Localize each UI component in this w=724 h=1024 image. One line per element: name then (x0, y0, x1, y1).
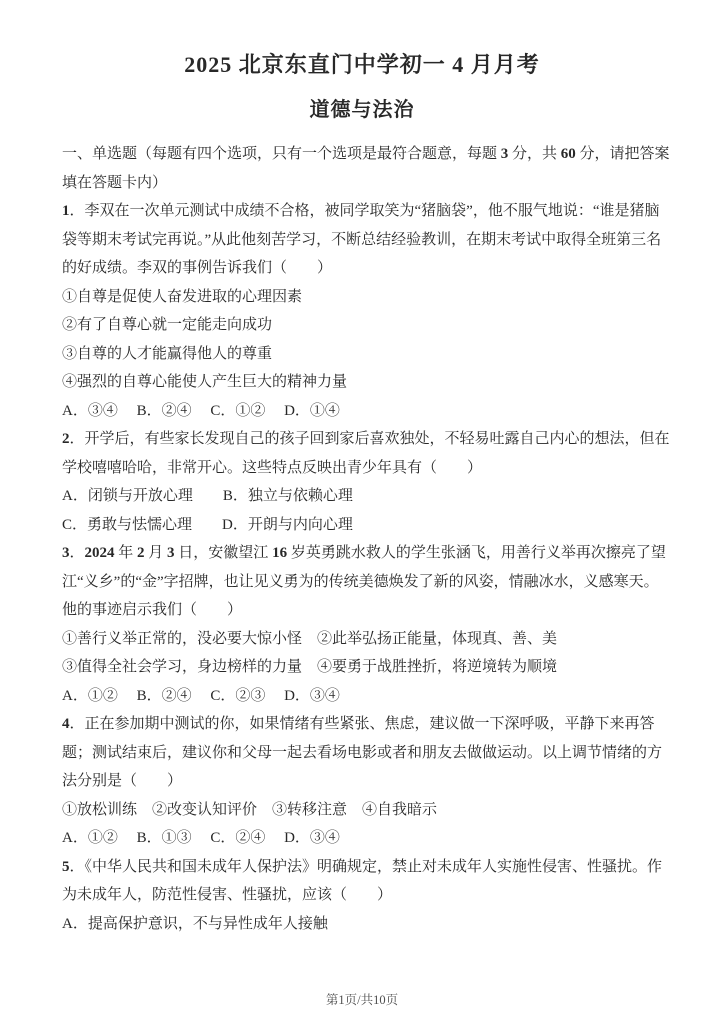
question-3-line-6: A．①② B．②④ C．②③ D．③④ (62, 682, 662, 711)
question-3-line-1: 3．2024 年 2 月 3 日，安徽望江 16 岁英勇跳水救人的学生张涵飞，用… (62, 539, 662, 568)
question-1-line-5: ②有了自尊心就一定能走向成功 (62, 311, 662, 340)
question-4-line-5: A．①② B．①③ C．②④ D．③④ (62, 824, 662, 853)
question-2-line-2: 学校嘻嘻哈哈，非常开心。这些特点反映出青少年具有（ ） (62, 454, 662, 483)
question-4-line-3: 法分别是（ ） (62, 767, 662, 796)
question-5-line-3: A．提高保护意识，不与异性成年人接触 (62, 910, 662, 939)
question-1-line-4: ①自尊是促使人奋发进取的心理因素 (62, 283, 662, 312)
page-number-indicator: 第1页/共10页 (0, 990, 724, 1008)
question-2-line-3: A．闭锁与开放心理 B．独立与依赖心理 (62, 482, 662, 511)
question-1-line-1: 1．李双在一次单元测试中成绩不合格，被同学取笑为“猪脑袋”，他不服气地说：“谁是… (62, 197, 662, 226)
exam-title: 2025 北京东直门中学初一 4 月月考 (62, 0, 662, 80)
exam-body: 一、单选题（每题有四个选项，只有一个选项是最符合题意，每题 3 分，共 60 分… (62, 140, 662, 938)
question-4-line-2: 题；测试结束后，建议你和父母一起去看场电影或者和朋友去做做运动。以上调节情绪的方 (62, 739, 662, 768)
question-1-line-8: A．③④ B．②④ C．①② D．①④ (62, 397, 662, 426)
question-2-line-1: 2．开学后，有些家长发现自己的孩子回到家后喜欢独处，不轻易吐露自己内心的想法，但… (62, 425, 662, 454)
question-3-line-2: 江“义乡”的“金”字招牌，也让见义勇为的传统美德焕发了新的风姿，情融冰水，义感寒… (62, 568, 662, 597)
question-3: 3．2024 年 2 月 3 日，安徽望江 16 岁英勇跳水救人的学生张涵飞，用… (62, 539, 662, 710)
question-1-line-7: ④强烈的自尊心能使人产生巨大的精神力量 (62, 368, 662, 397)
question-4: 4．正在参加期中测试的你，如果情绪有些紧张、焦虑，建议做一下深呼吸，平静下来再答… (62, 710, 662, 853)
question-1: 1．李双在一次单元测试中成绩不合格，被同学取笑为“猪脑袋”，他不服气地说：“谁是… (62, 197, 662, 425)
instructions-line-1: 一、单选题（每题有四个选项，只有一个选项是最符合题意，每题 3 分，共 60 分… (62, 140, 662, 169)
question-1-line-6: ③自尊的人才能赢得他人的尊重 (62, 340, 662, 369)
section-instructions: 一、单选题（每题有四个选项，只有一个选项是最符合题意，每题 3 分，共 60 分… (62, 140, 662, 197)
question-2: 2．开学后，有些家长发现自己的孩子回到家后喜欢独处，不轻易吐露自己内心的想法，但… (62, 425, 662, 539)
question-1-line-2: 袋等期末考试完再说。”从此他刻苦学习，不断总结经验教训，在期末考试中取得全班第三… (62, 226, 662, 255)
instructions-line-2: 填在答题卡内） (62, 169, 662, 198)
question-4-line-4: ①放松训练 ②改变认知评价 ③转移注意 ④自我暗示 (62, 796, 662, 825)
exam-document-page: 2025 北京东直门中学初一 4 月月考 道德与法治 一、单选题（每题有四个选项… (0, 0, 724, 1024)
question-2-line-4: C．勇敢与怯懦心理 D．开朗与内向心理 (62, 511, 662, 540)
question-3-line-4: ①善行义举正常的，没必要大惊小怪 ②此举弘扬正能量，体现真、善、美 (62, 625, 662, 654)
question-3-line-3: 他的事迹启示我们（ ） (62, 596, 662, 625)
question-5-line-2: 为未成年人，防范性侵害、性骚扰，应该（ ） (62, 881, 662, 910)
question-5: 5．《中华人民共和国未成年人保护法》明确规定，禁止对未成年人实施性侵害、性骚扰。… (62, 853, 662, 939)
question-5-line-1: 5．《中华人民共和国未成年人保护法》明确规定，禁止对未成年人实施性侵害、性骚扰。… (62, 853, 662, 882)
exam-subject-subtitle: 道德与法治 (62, 97, 662, 123)
question-1-line-3: 的好成绩。李双的事例告诉我们（ ） (62, 254, 662, 283)
question-4-line-1: 4．正在参加期中测试的你，如果情绪有些紧张、焦虑，建议做一下深呼吸，平静下来再答 (62, 710, 662, 739)
question-3-line-5: ③值得全社会学习，身边榜样的力量 ④要勇于战胜挫折，将逆境转为顺境 (62, 653, 662, 682)
questions-container: 1．李双在一次单元测试中成绩不合格，被同学取笑为“猪脑袋”，他不服气地说：“谁是… (62, 197, 662, 938)
